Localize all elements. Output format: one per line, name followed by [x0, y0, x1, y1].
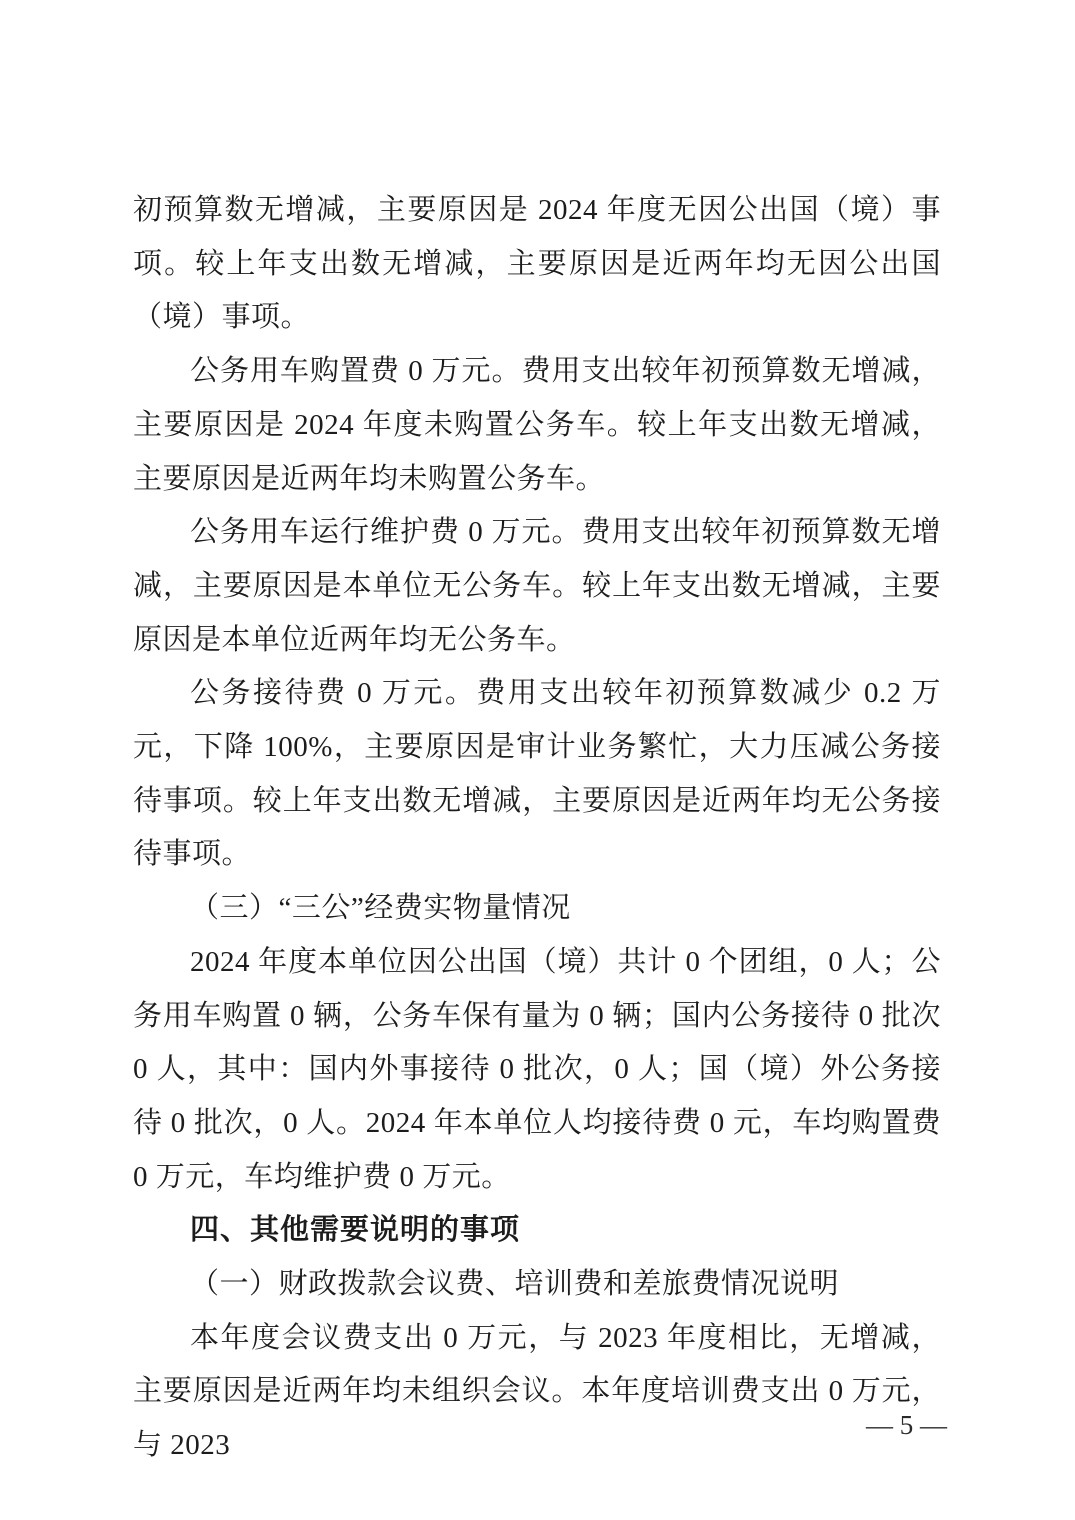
document-text-block: 初预算数无增减，主要原因是 2024 年度无因公出国（境）事项。较上年支出数无增… — [133, 184, 941, 1473]
page-number: — 5 — — [866, 1410, 947, 1440]
paragraph-continuation-foreign-travel: 初预算数无增减，主要原因是 2024 年度无因公出国（境）事项。较上年支出数无增… — [133, 184, 941, 345]
subsection-heading-meeting-training-travel-fees: （一）财政拨款会议费、培训费和差旅费情况说明 — [133, 1258, 941, 1312]
paragraph-physical-volume-details: 2024 年度本单位因公出国（境）共计 0 个团组，0 人；公务用车购置 0 辆… — [133, 936, 941, 1205]
subsection-heading-three-public-expenses-volume: （三）“三公”经费实物量情况 — [133, 882, 941, 936]
paragraph-vehicle-purchase-expense: 公务用车购置费 0 万元。费用支出较年初预算数无增减，主要原因是 2024 年度… — [133, 345, 941, 506]
paragraph-vehicle-maintenance-expense: 公务用车运行维护费 0 万元。费用支出较年初预算数无增减，主要原因是本单位无公务… — [133, 506, 941, 667]
paragraph-official-reception-expense: 公务接待费 0 万元。费用支出较年初预算数减少 0.2 万元，下降 100%，主… — [133, 667, 941, 882]
paragraph-meeting-training-expense: 本年度会议费支出 0 万元，与 2023 年度相比，无增减，主要原因是近两年均未… — [133, 1312, 941, 1473]
section-heading-other-matters: 四、其他需要说明的事项 — [133, 1204, 941, 1258]
document-page: 初预算数无增减，主要原因是 2024 年度无因公出国（境）事项。较上年支出数无增… — [0, 0, 1075, 1520]
